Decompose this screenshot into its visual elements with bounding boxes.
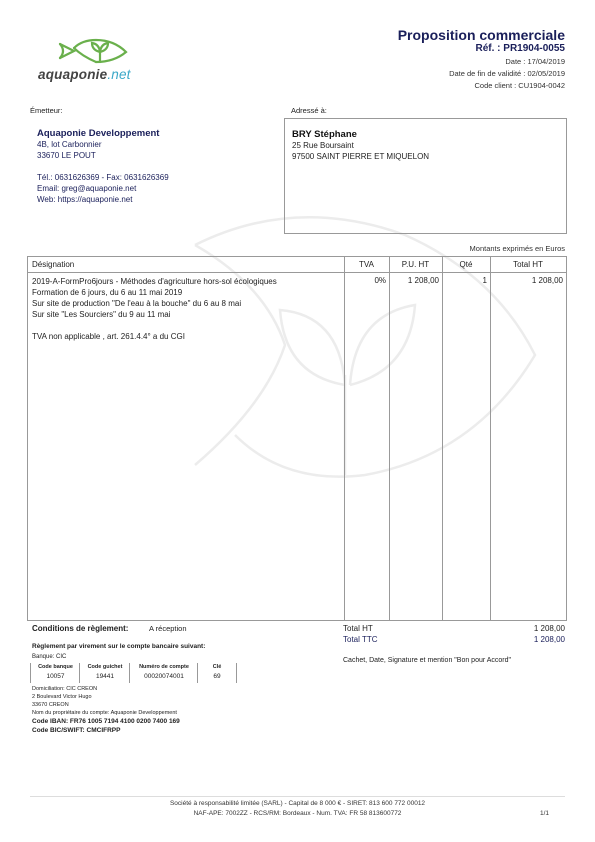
bic-swift: Code BIC/SWIFT: CMCIFRPP <box>32 726 180 735</box>
domiciliation-block: Domiciliation: CIC CREON 2 Boulevard Vic… <box>32 685 180 735</box>
recipient-address-2: 97500 SAINT PIERRE ET MIQUELON <box>292 151 429 162</box>
bank-code-value: 10057 <box>31 672 80 682</box>
domiciliation-address-1: 2 Boulevard Victor Hugo <box>32 693 180 701</box>
client-code: Code client : CU1904-0042 <box>475 81 565 90</box>
col-header-qty: Qté <box>442 257 490 272</box>
branch-code-column: Code guichet 19441 <box>79 663 130 683</box>
row-total-ht: 1 208,00 <box>490 276 563 285</box>
column-divider <box>442 257 443 620</box>
items-table: Désignation TVA P.U. HT Qté Total HT 201… <box>27 256 567 621</box>
total-ht-value: 1 208,00 <box>534 624 565 633</box>
total-ttc-label: Total TTC <box>343 635 378 644</box>
col-header-tva: TVA <box>344 257 389 272</box>
sender-block: Aquaponie Developpement 4B, lot Carbonni… <box>37 128 169 205</box>
recipient-address-1: 25 Rue Boursaint <box>292 140 429 151</box>
column-divider <box>389 257 390 620</box>
page-number: 1/1 <box>540 810 549 817</box>
designation-line: 2019-A-FormPro6jours - Méthodes d'agricu… <box>32 276 277 287</box>
designation-line <box>32 320 277 331</box>
brand-logo-text: aquaponie.net <box>38 67 131 82</box>
col-header-designation: Désignation <box>32 257 74 272</box>
signature-note: Cachet, Date, Signature et mention "Bon … <box>343 657 511 664</box>
column-divider <box>490 257 491 620</box>
account-number-column: Numéro de compte 00020074001 <box>129 663 198 683</box>
account-number-header: Numéro de compte <box>130 663 198 672</box>
key-column: Clé 69 <box>197 663 237 683</box>
sender-name: Aquaponie Developpement <box>37 128 169 139</box>
designation-line: Sur site de production "De l'eau à la bo… <box>32 298 277 309</box>
iban: Code IBAN: FR76 1005 7194 4100 0200 7400… <box>32 717 180 726</box>
recipient-name: BRY Stéphane <box>292 129 429 140</box>
document-title: Proposition commerciale <box>398 27 565 43</box>
col-header-pu-ht: P.U. HT <box>389 257 442 272</box>
col-header-total-ht: Total HT <box>490 257 566 272</box>
footer-divider <box>30 796 565 797</box>
designation-line: Formation de 6 jours, du 6 au 11 mai 201… <box>32 287 277 298</box>
bank-code-header: Code banque <box>31 663 80 672</box>
row-qty: 1 <box>442 276 487 285</box>
payment-conditions-value: A réception <box>149 624 187 633</box>
footer-company-info: Société à responsabilité limitée (SARL) … <box>0 800 595 807</box>
bank-name: Banque: CIC <box>32 654 66 660</box>
domiciliation-address-2: 33670 CREON <box>32 701 180 709</box>
document-reference: Réf. : PR1904-0055 <box>476 43 566 54</box>
currency-note: Montants exprimés en Euros <box>470 244 565 253</box>
header-divider <box>28 272 566 273</box>
key-value: 69 <box>198 672 236 682</box>
sender-address-2: 33670 LE POUT <box>37 150 169 161</box>
table-row: 2019-A-FormPro6jours - Méthodes d'agricu… <box>32 276 277 342</box>
account-number-value: 00020074001 <box>130 672 198 682</box>
sender-email: Email: greg@aquaponie.net <box>37 183 169 194</box>
sender-phone: Tél.: 0631626369 - Fax: 0631626369 <box>37 172 169 183</box>
recipient-label: Adressé à: <box>291 106 327 115</box>
branch-code-header: Code guichet <box>80 663 130 672</box>
account-owner: Nom du propriétaire du compte: Aquaponie… <box>32 709 180 717</box>
domiciliation: Domiciliation: CIC CREON <box>32 685 180 693</box>
footer-registration-info: NAF-APE: 7002ZZ - RCS/RM: Bordeaux - Num… <box>0 810 595 817</box>
brand-name: aquaponie <box>38 67 107 82</box>
total-ttc-value: 1 208,00 <box>534 635 565 644</box>
key-header: Clé <box>198 663 236 672</box>
sender-web: Web: https://aquaponie.net <box>37 194 169 205</box>
column-divider <box>344 257 345 620</box>
designation-line: TVA non applicable , art. 261.4.4° a du … <box>32 331 277 342</box>
payment-conditions-label: Conditions de règlement: <box>32 624 128 633</box>
sender-label: Émetteur: <box>30 106 63 115</box>
bank-code-column: Code banque 10057 <box>30 663 80 683</box>
designation-line: Sur site "Les Sourciers" du 9 au 11 mai <box>32 309 277 320</box>
brand-tld: .net <box>107 67 130 82</box>
row-tva: 0% <box>344 276 386 285</box>
recipient-box: BRY Stéphane 25 Rue Boursaint 97500 SAIN… <box>284 118 567 234</box>
branch-code-value: 19441 <box>80 672 130 682</box>
document-date: Date : 17/04/2019 <box>505 57 565 66</box>
sender-address-1: 4B, lot Carbonnier <box>37 139 169 150</box>
validity-date: Date de fin de validité : 02/05/2019 <box>449 69 565 78</box>
total-ht-label: Total HT <box>343 624 373 633</box>
transfer-title: Règlement par virement sur le compte ban… <box>32 643 205 650</box>
row-pu-ht: 1 208,00 <box>389 276 439 285</box>
